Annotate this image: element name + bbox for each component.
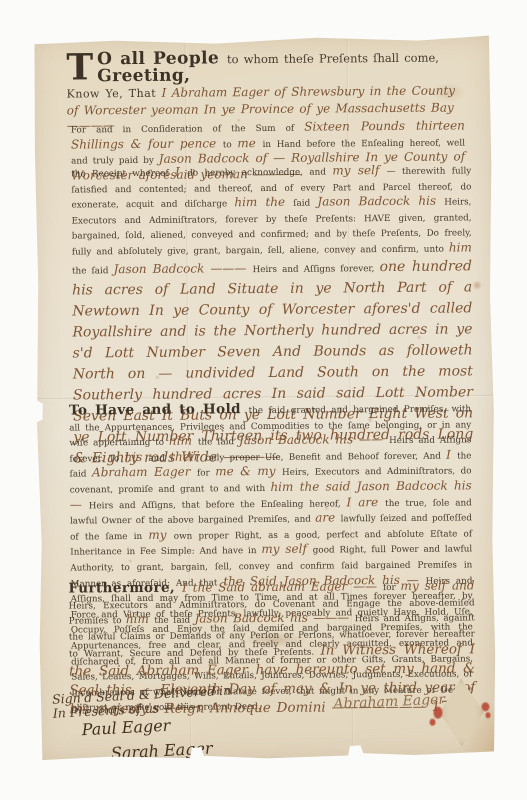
text-segment-print: the ſaid: [72, 266, 114, 276]
text-segment-hand: him: [126, 612, 155, 626]
text-segment-hand: my self: [332, 163, 387, 177]
wax-remnant-icon: [481, 702, 489, 711]
stain-right-edge: [472, 280, 482, 290]
text-segment-print: the ſaid: [198, 437, 239, 447]
text-segment-print: ſaid: [293, 199, 317, 209]
text-segment-print-lg: to whom theſe Preſents ſhall come,: [227, 51, 439, 67]
wax-remnant-icon: [430, 719, 436, 726]
text-segment-initial: T: [66, 52, 93, 82]
witness-signature-sarah-eager: Sarah Eager: [110, 734, 285, 765]
text-segment-hand: me: [237, 136, 262, 150]
text-segment-hand: him: [169, 434, 198, 448]
wax-remnant-icon: [485, 712, 490, 718]
photo-stage: TO all People to whom theſe Preſents ſha…: [0, 0, 527, 800]
text-segment-hand: Jason Badcock his ———: [194, 610, 354, 625]
text-segment-print: the Receipt whereof: [71, 169, 175, 180]
attestation-block: Sign'd Seal'd & Delivered in In Presents…: [52, 681, 286, 768]
text-segment-bl: Furthermore,: [68, 580, 182, 597]
text-segment-hand: my self and: [400, 578, 474, 593]
text-segment-hand: him: [449, 240, 472, 254]
text-segment-print: for: [383, 583, 401, 593]
text-segment-print: for: [197, 469, 215, 479]
text-segment-print: do hereby acknowledge, and: [187, 167, 332, 178]
text-segment-hand: I: [175, 165, 187, 179]
text-segment-hand: my: [148, 527, 173, 541]
text-segment-hand: their: [170, 449, 206, 463]
text-segment-hand: I are: [346, 495, 385, 509]
text-segment-print: Heirs and Aſſigns, that before the Enſea…: [89, 499, 347, 511]
text-segment-hand: Jason Badcock his ——: [239, 432, 389, 447]
text-segment-print: only proper Uſe, Benefit and Behoof fore…: [206, 451, 447, 463]
text-segment-hand: Abraham Eager: [92, 465, 197, 480]
text-segment-print: For and in Conſideration of the Sum of: [71, 124, 304, 136]
deed-paper: TO all People to whom theſe Preſents ſha…: [32, 34, 497, 761]
text-segment-hand: his: [124, 450, 148, 464]
text-segment-hand: are: [315, 511, 340, 525]
text-segment-hand: I the Said abraham Eager ——: [182, 579, 383, 595]
text-segment-print: to: [223, 140, 238, 150]
text-segment-hand: me & my: [215, 464, 282, 479]
wax-remnant-icon: [433, 707, 442, 719]
text-segment-hand: my self: [261, 542, 313, 556]
text-segment-print: the ſaid: [154, 616, 194, 626]
text-segment-hand: Jason Badcock his: [317, 194, 444, 209]
text-segment-bl-lg: Greeting,: [97, 66, 190, 87]
text-segment-hand: Jason Badcock ———: [113, 261, 252, 276]
text-segment-bl: To Have and to Hold: [69, 401, 249, 418]
text-segment-hand: I: [446, 447, 457, 461]
text-segment-print: Heirs and Aſſigns forever,: [253, 264, 380, 275]
text-segment-print: and: [148, 454, 170, 464]
text-segment-hand: him the: [234, 195, 293, 209]
text-segment-print-md: Know Ye, That: [67, 87, 162, 101]
